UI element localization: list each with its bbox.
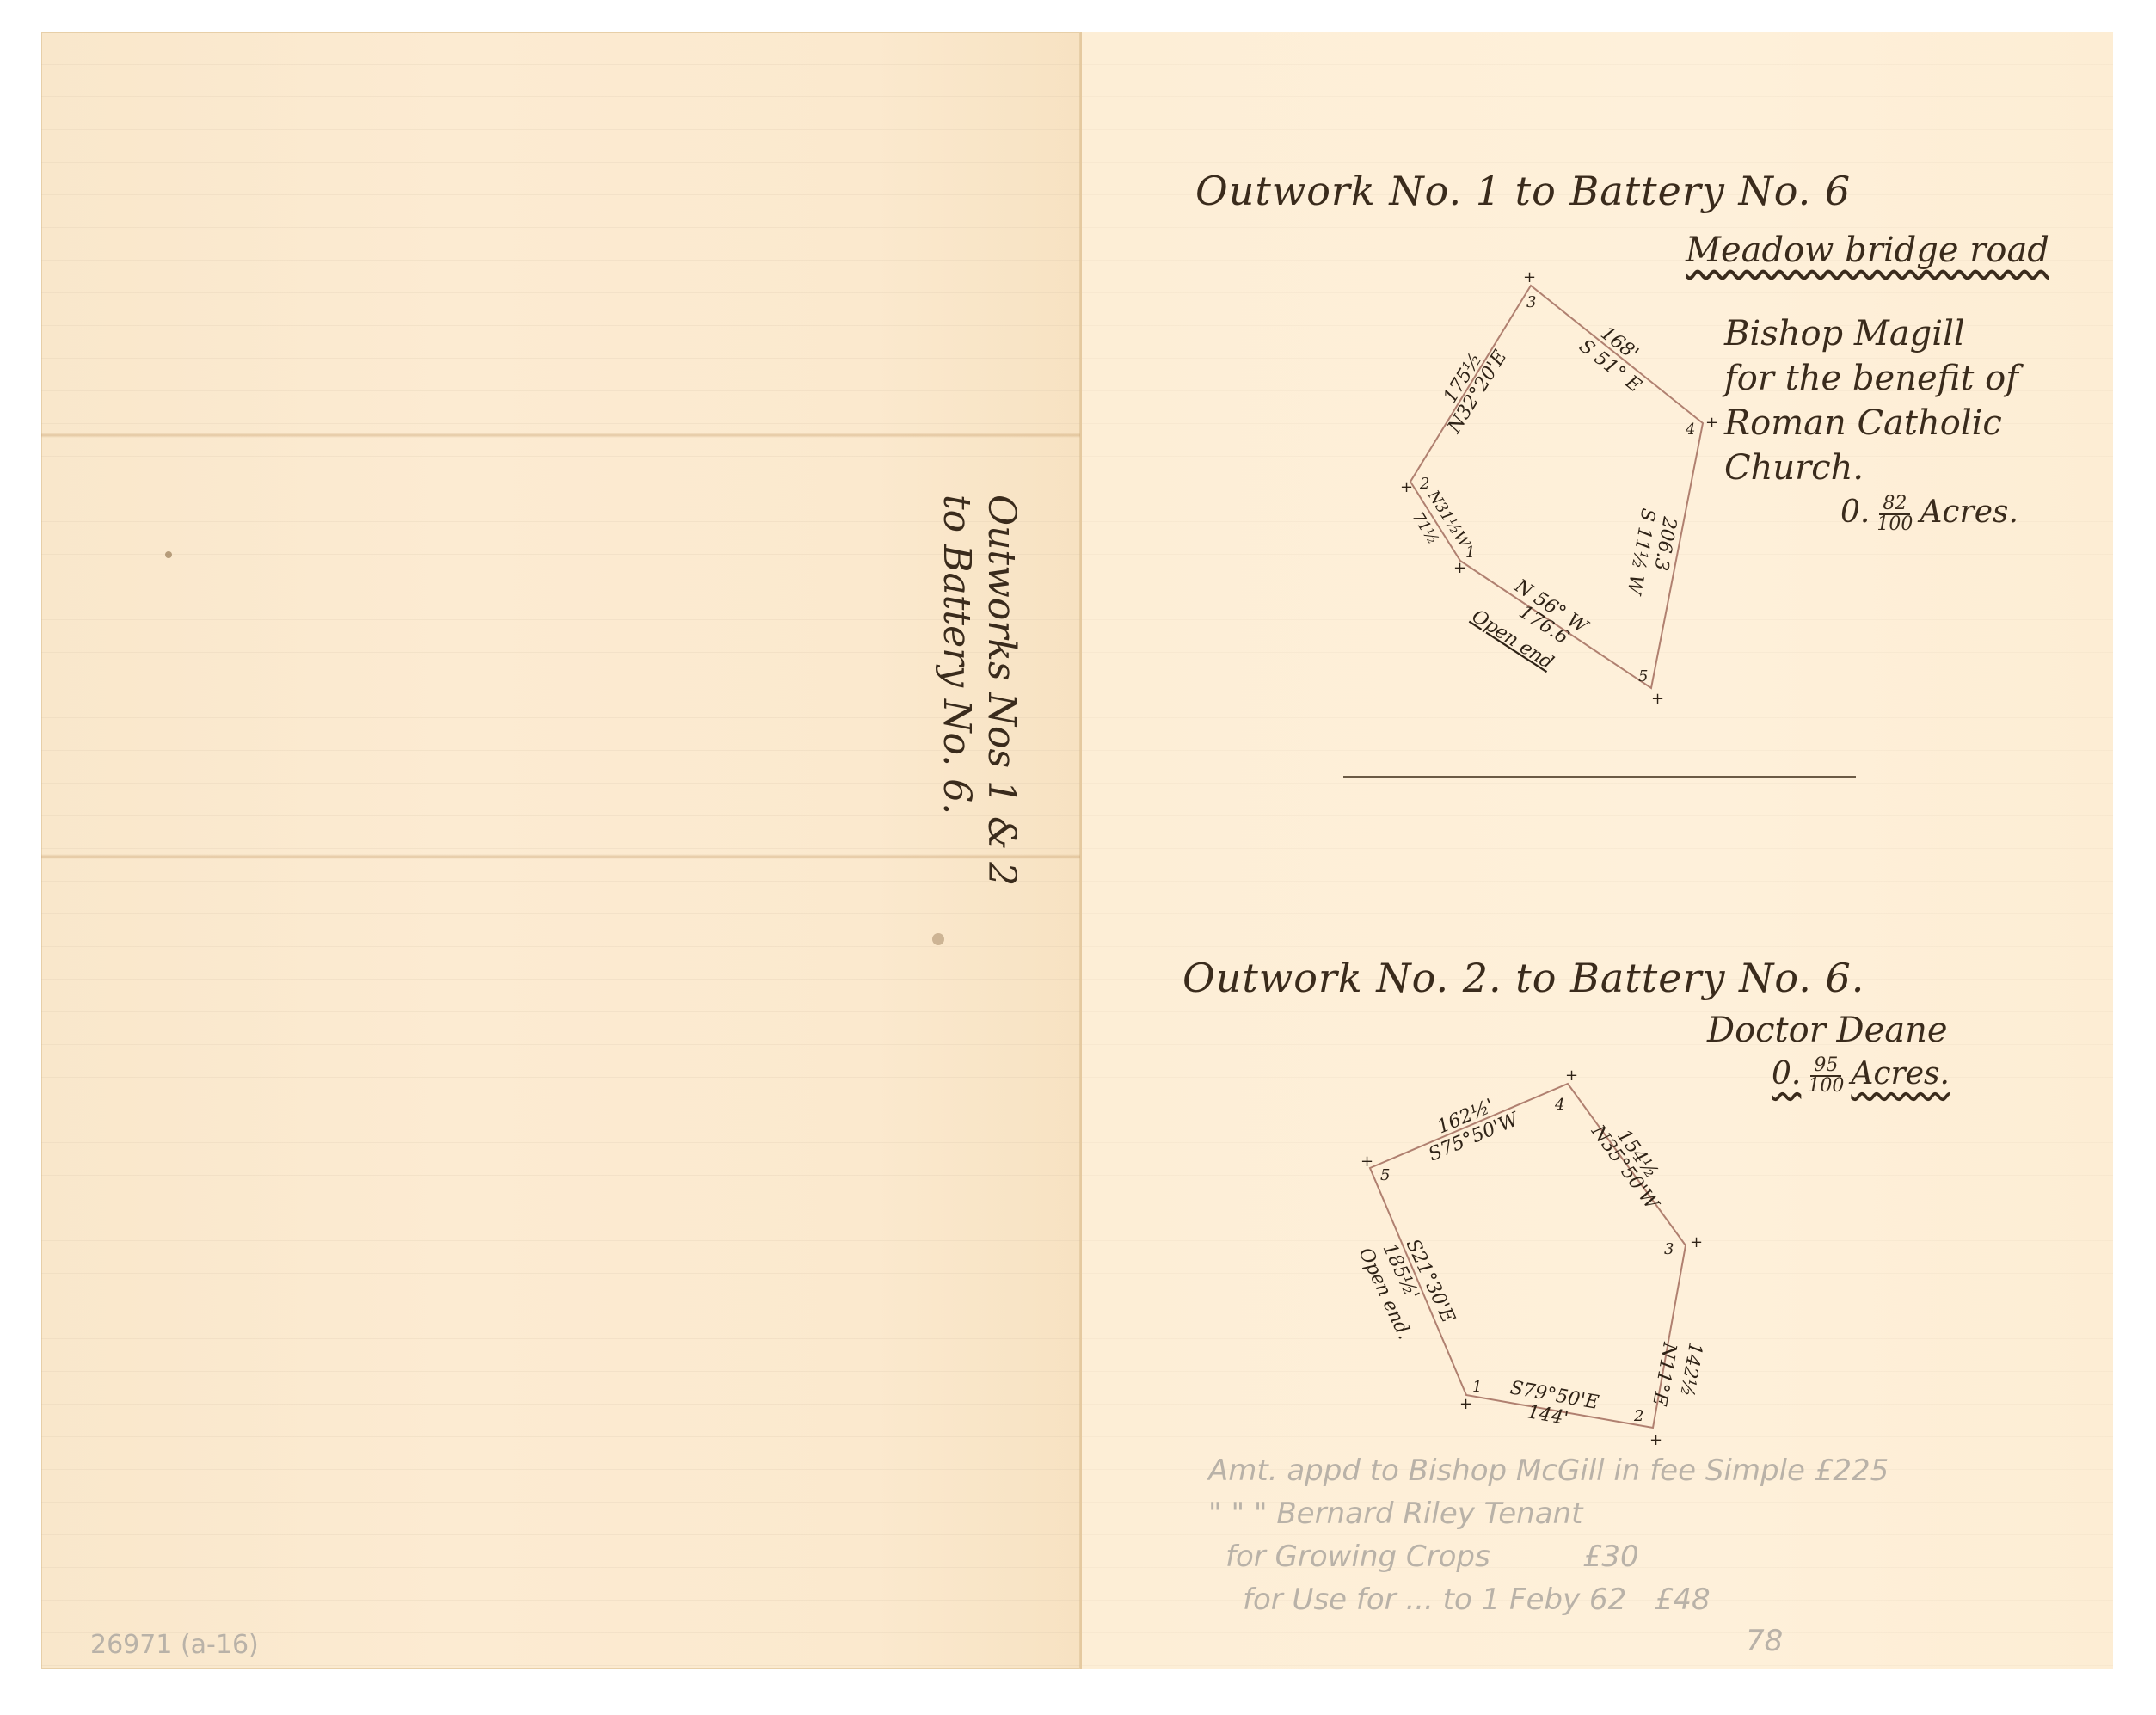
pencil-note-3: for Growing Crops £30 (1225, 1540, 1639, 1574)
pencil-note-2: " " " Bernard Riley Tenant (1208, 1497, 1582, 1531)
svg-text:+: + (1649, 1431, 1662, 1449)
svg-text:2: 2 (1633, 1407, 1643, 1425)
svg-text:3: 3 (1664, 1240, 1674, 1258)
svg-text:+: + (1690, 1233, 1703, 1251)
svg-text:+: + (1459, 1395, 1472, 1413)
pencil-note-total: 78 (1746, 1624, 1783, 1658)
svg-text:+: + (1361, 1153, 1373, 1171)
pencil-note-4: for Use for ... to 1 Feby 62 £48 (1243, 1583, 1711, 1617)
svg-text:4: 4 (1554, 1096, 1564, 1114)
svg-text:N11°E: N11°E (1648, 1340, 1680, 1408)
svg-text:+: + (1565, 1066, 1578, 1085)
svg-text:1: 1 (1472, 1378, 1482, 1396)
pencil-note-1: Amt. appd to Bishop McGill in fee Simple… (1208, 1454, 1889, 1488)
svg-text:5: 5 (1380, 1166, 1390, 1184)
